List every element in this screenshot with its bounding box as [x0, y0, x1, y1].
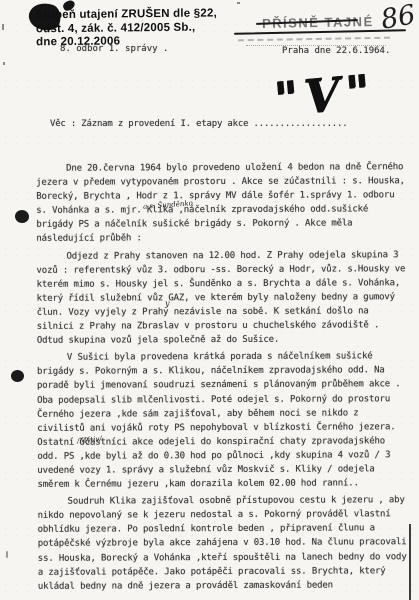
scan-speckle: [6, 551, 8, 558]
hole-punch-mark: [14, 209, 30, 224]
dateline: Praha dne 22.6.1964.: [282, 46, 390, 56]
paragraph-2: Odjezd z Prahy stanoven na 12.00 hod. Z …: [36, 248, 407, 348]
paragraph-3: V Sušici byla provedena krátká porada s …: [37, 349, 409, 492]
hole-punch-mark: [11, 370, 24, 382]
paragraph-1: Dne 20.června 1964 bylo provedeno uložen…: [36, 160, 407, 246]
scanned-document: { "document": { "declassification_stamp"…: [0, 0, 419, 600]
handwritten-action-code: "V": [272, 64, 378, 127]
scan-speckle: [2, 24, 4, 30]
scan-speckle: [3, 62, 5, 65]
scan-speckle: [237, 2, 240, 4]
paragraph-4: Soudruh Klika zajišťoval osobně přístupo…: [38, 493, 409, 593]
handwritten-page-number: 86: [379, 0, 418, 36]
handwritten-correction: y: [165, 299, 170, 308]
scan-edge-line: [409, 524, 411, 600]
unit-line: 8. odbor 1. správy .: [60, 44, 168, 54]
document-body: Dne 20.června 1964 bylo provedeno uložen…: [36, 160, 409, 596]
